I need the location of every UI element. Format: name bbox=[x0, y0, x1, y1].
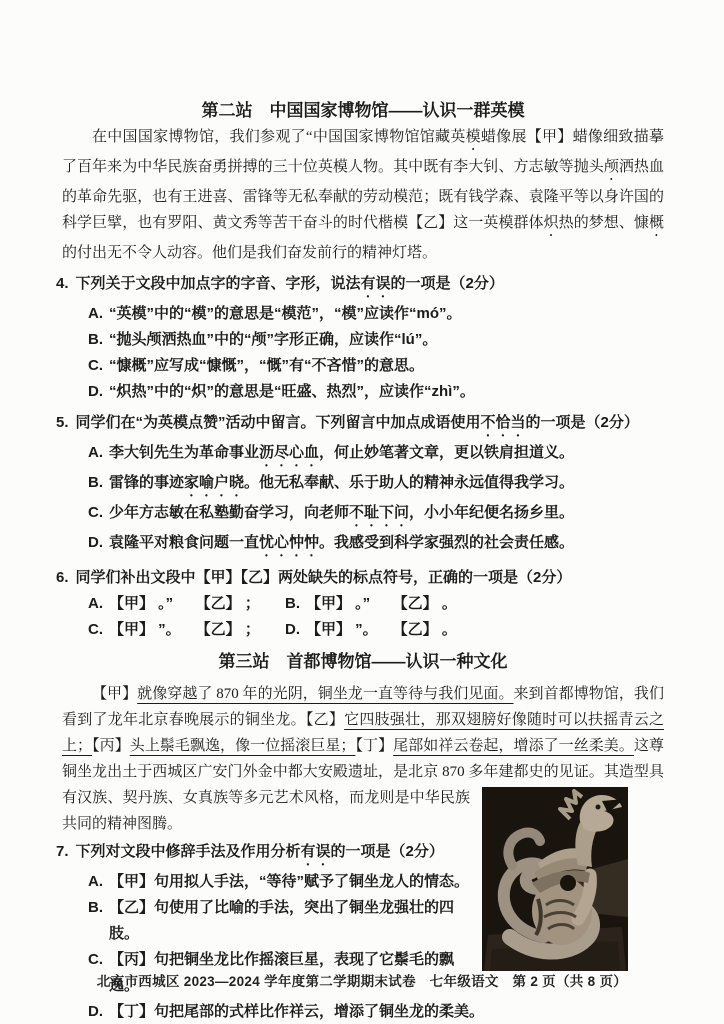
option-label: A. bbox=[88, 440, 103, 466]
option-text: “抛头颅洒热血”中的“颅”字形正确，应读作“lú”。 bbox=[109, 327, 437, 353]
question-5-option-b: B.雷锋的事迹家喻户晓。他无私奉献、乐于助人的精神永远值得我学习。 bbox=[88, 470, 664, 500]
page-footer: 北京市西城区 2023—2024 学年度第二学期期末试卷 七年级语文 第 2 页… bbox=[0, 970, 724, 990]
option-label: C. bbox=[88, 500, 103, 526]
question-7-option-d: D.【丁】句把尾部的式样比作祥云，增添了铜坐龙的柔美。 bbox=[88, 999, 664, 1024]
question-6-option-c: C.【甲】 ”。 【乙】 ； bbox=[88, 617, 285, 643]
question-6: 6.同学们补出文段中【甲】【乙】两处缺失的标点符号，正确的一项是（2分） A.【… bbox=[62, 565, 664, 643]
station3-title: 第三站 首都博物馆——认识一种文化 bbox=[62, 649, 664, 675]
option-text: 【甲】 ”。 【乙】 ； bbox=[109, 617, 260, 643]
option-label: C. bbox=[88, 617, 103, 643]
question-4-option-d: D.“炽热”中的“炽”的意思是“旺盛、热烈”，应读作“zhì”。 bbox=[88, 379, 664, 405]
option-text: “英模”中的“模”的意思是“模范”，“模”应读作“mó”。 bbox=[109, 301, 462, 327]
station2-passage: 在中国国家博物馆，我们参观了“中国国家博物馆馆藏英模蜡像展【甲】蜡像细致描摹了百… bbox=[62, 124, 664, 266]
question-5-option-d: D.袁隆平对粮食问题一直忧心忡忡。我感受到科学家强烈的社会责任感。 bbox=[88, 530, 664, 560]
question-4-option-b: B.“抛头颅洒热血”中的“颅”字形正确，应读作“lú”。 bbox=[88, 327, 664, 353]
question-5-stem-text: 同学们在“为英模点赞”活动中留言。下列留言中加点成语使用不恰当的一项是（2分） bbox=[76, 414, 639, 431]
option-text: “炽热”中的“炽”的意思是“旺盛、热烈”，应读作“zhì”。 bbox=[109, 379, 475, 405]
option-text: 【乙】句使用了比喻的手法，突出了铜坐龙强壮的四肢。 bbox=[109, 895, 470, 947]
question-6-option-a: A.【甲】 。” 【乙】 ； bbox=[88, 591, 285, 617]
option-label: D. bbox=[285, 617, 300, 643]
question-6-stem-text: 同学们补出文段中【甲】【乙】两处缺失的标点符号，正确的一项是（2分） bbox=[76, 569, 572, 586]
option-label: D. bbox=[88, 379, 103, 405]
station3-passage-text-a: 【甲】就像穿越了 870 年的光阴，铜坐龙一直等待与我们见面。来到首都博物馆，我… bbox=[62, 686, 664, 780]
question-7-number: 7. bbox=[56, 843, 69, 860]
question-7-option-a: A.【甲】句用拟人手法，“等待”赋予了铜坐龙人的情态。 bbox=[88, 869, 470, 895]
question-6-option-b: B.【甲】 。” 【乙】 。 bbox=[285, 591, 664, 617]
question-4: 4.下列关于文段中加点字的字音、字形，说法有误的一项是（2分） A.“英模”中的… bbox=[62, 271, 664, 405]
option-text: 【甲】 。” 【乙】 。 bbox=[306, 591, 457, 617]
option-label: B. bbox=[88, 895, 103, 921]
question-5-option-a: A.李大钊先生为革命事业沥尽心血，何止妙笔著文章，更以铁肩担道义。 bbox=[88, 440, 664, 470]
option-text: 【丁】句把尾部的式样比作祥云，增添了铜坐龙的柔美。 bbox=[109, 999, 484, 1024]
question-5-option-c: C.少年方志敏在私塾勤奋学习，向老师不耻下问，小小年纪便名扬乡里。 bbox=[88, 500, 664, 530]
question-7-stem-text: 下列对文段中修辞手法及作用分析有误的一项是（2分） bbox=[76, 843, 444, 860]
question-4-option-a: A.“英模”中的“模”的意思是“模范”，“模”应读作“mó”。 bbox=[88, 301, 664, 327]
question-4-stem: 4.下列关于文段中加点字的字音、字形，说法有误的一项是（2分） bbox=[56, 271, 664, 301]
question-5: 5.同学们在“为英模点赞”活动中留言。下列留言中加点成语使用不恰当的一项是（2分… bbox=[62, 410, 664, 560]
question-4-number: 4. bbox=[56, 275, 69, 292]
question-4-stem-text: 下列关于文段中加点字的字音、字形，说法有误的一项是（2分） bbox=[76, 275, 504, 292]
station2-passage-text: 在中国国家博物馆，我们参观了“中国国家博物馆馆藏英模蜡像展【甲】蜡像细致描摹了百… bbox=[62, 129, 664, 261]
dragon-statue-illustration bbox=[482, 787, 628, 971]
option-label: D. bbox=[88, 530, 103, 556]
option-text: 【甲】 ”。 【乙】 。 bbox=[306, 617, 457, 643]
station3-passage: 【甲】就像穿越了 870 年的光阴，铜坐龙一直等待与我们见面。来到首都博物馆，我… bbox=[62, 681, 664, 837]
option-text: 少年方志敏在私塾勤奋学习，向老师不耻下问，小小年纪便名扬乡里。 bbox=[109, 500, 574, 530]
question-4-options: A.“英模”中的“模”的意思是“模范”，“模”应读作“mó”。 B.“抛头颅洒热… bbox=[88, 301, 664, 405]
question-6-option-d: D.【甲】 ”。 【乙】 。 bbox=[285, 617, 664, 643]
option-label: B. bbox=[88, 470, 103, 496]
option-text: 袁隆平对粮食问题一直忧心忡忡。我感受到科学家强烈的社会责任感。 bbox=[109, 530, 574, 560]
option-label: B. bbox=[285, 591, 300, 617]
question-5-options: A.李大钊先生为革命事业沥尽心血，何止妙笔著文章，更以铁肩担道义。 B.雷锋的事… bbox=[88, 440, 664, 560]
question-6-stem: 6.同学们补出文段中【甲】【乙】两处缺失的标点符号，正确的一项是（2分） bbox=[56, 565, 664, 591]
page-content: 第二站 中国国家博物馆——认识一群英模 在中国国家博物馆，我们参观了“中国国家博… bbox=[62, 98, 664, 1024]
question-5-stem: 5.同学们在“为英模点赞”活动中留言。下列留言中加点成语使用不恰当的一项是（2分… bbox=[56, 410, 664, 440]
option-label: C. bbox=[88, 353, 103, 379]
option-text: 李大钊先生为革命事业沥尽心血，何止妙笔著文章，更以铁肩担道义。 bbox=[109, 440, 574, 470]
question-7-option-b: B.【乙】句使用了比喻的手法，突出了铜坐龙强壮的四肢。 bbox=[88, 895, 470, 947]
question-6-number: 6. bbox=[56, 569, 69, 586]
option-text: “慷概”应写成“慷慨”，“慨”有“不吝惜”的意思。 bbox=[109, 353, 424, 379]
station2-title: 第二站 中国国家博物馆——认识一群英模 bbox=[62, 98, 664, 124]
option-label: A. bbox=[88, 301, 103, 327]
option-label: D. bbox=[88, 999, 103, 1024]
option-text: 【甲】句用拟人手法，“等待”赋予了铜坐龙人的情态。 bbox=[109, 869, 469, 895]
option-label: A. bbox=[88, 869, 103, 895]
option-label: A. bbox=[88, 591, 103, 617]
question-5-number: 5. bbox=[56, 414, 69, 431]
question-4-option-c: C.“慷概”应写成“慷慨”，“慨”有“不吝惜”的意思。 bbox=[88, 353, 664, 379]
option-text: 雷锋的事迹家喻户晓。他无私奉献、乐于助人的精神永远值得我学习。 bbox=[109, 470, 574, 500]
option-text: 【甲】 。” 【乙】 ； bbox=[109, 591, 260, 617]
exam-paper-page: 第二站 中国国家博物馆——认识一群英模 在中国国家博物馆，我们参观了“中国国家博… bbox=[0, 0, 724, 1024]
option-label: B. bbox=[88, 327, 103, 353]
question-6-options: A.【甲】 。” 【乙】 ； B.【甲】 。” 【乙】 。 C.【甲】 ”。 【… bbox=[88, 591, 664, 643]
bronze-seated-dragon-photo bbox=[482, 787, 628, 971]
